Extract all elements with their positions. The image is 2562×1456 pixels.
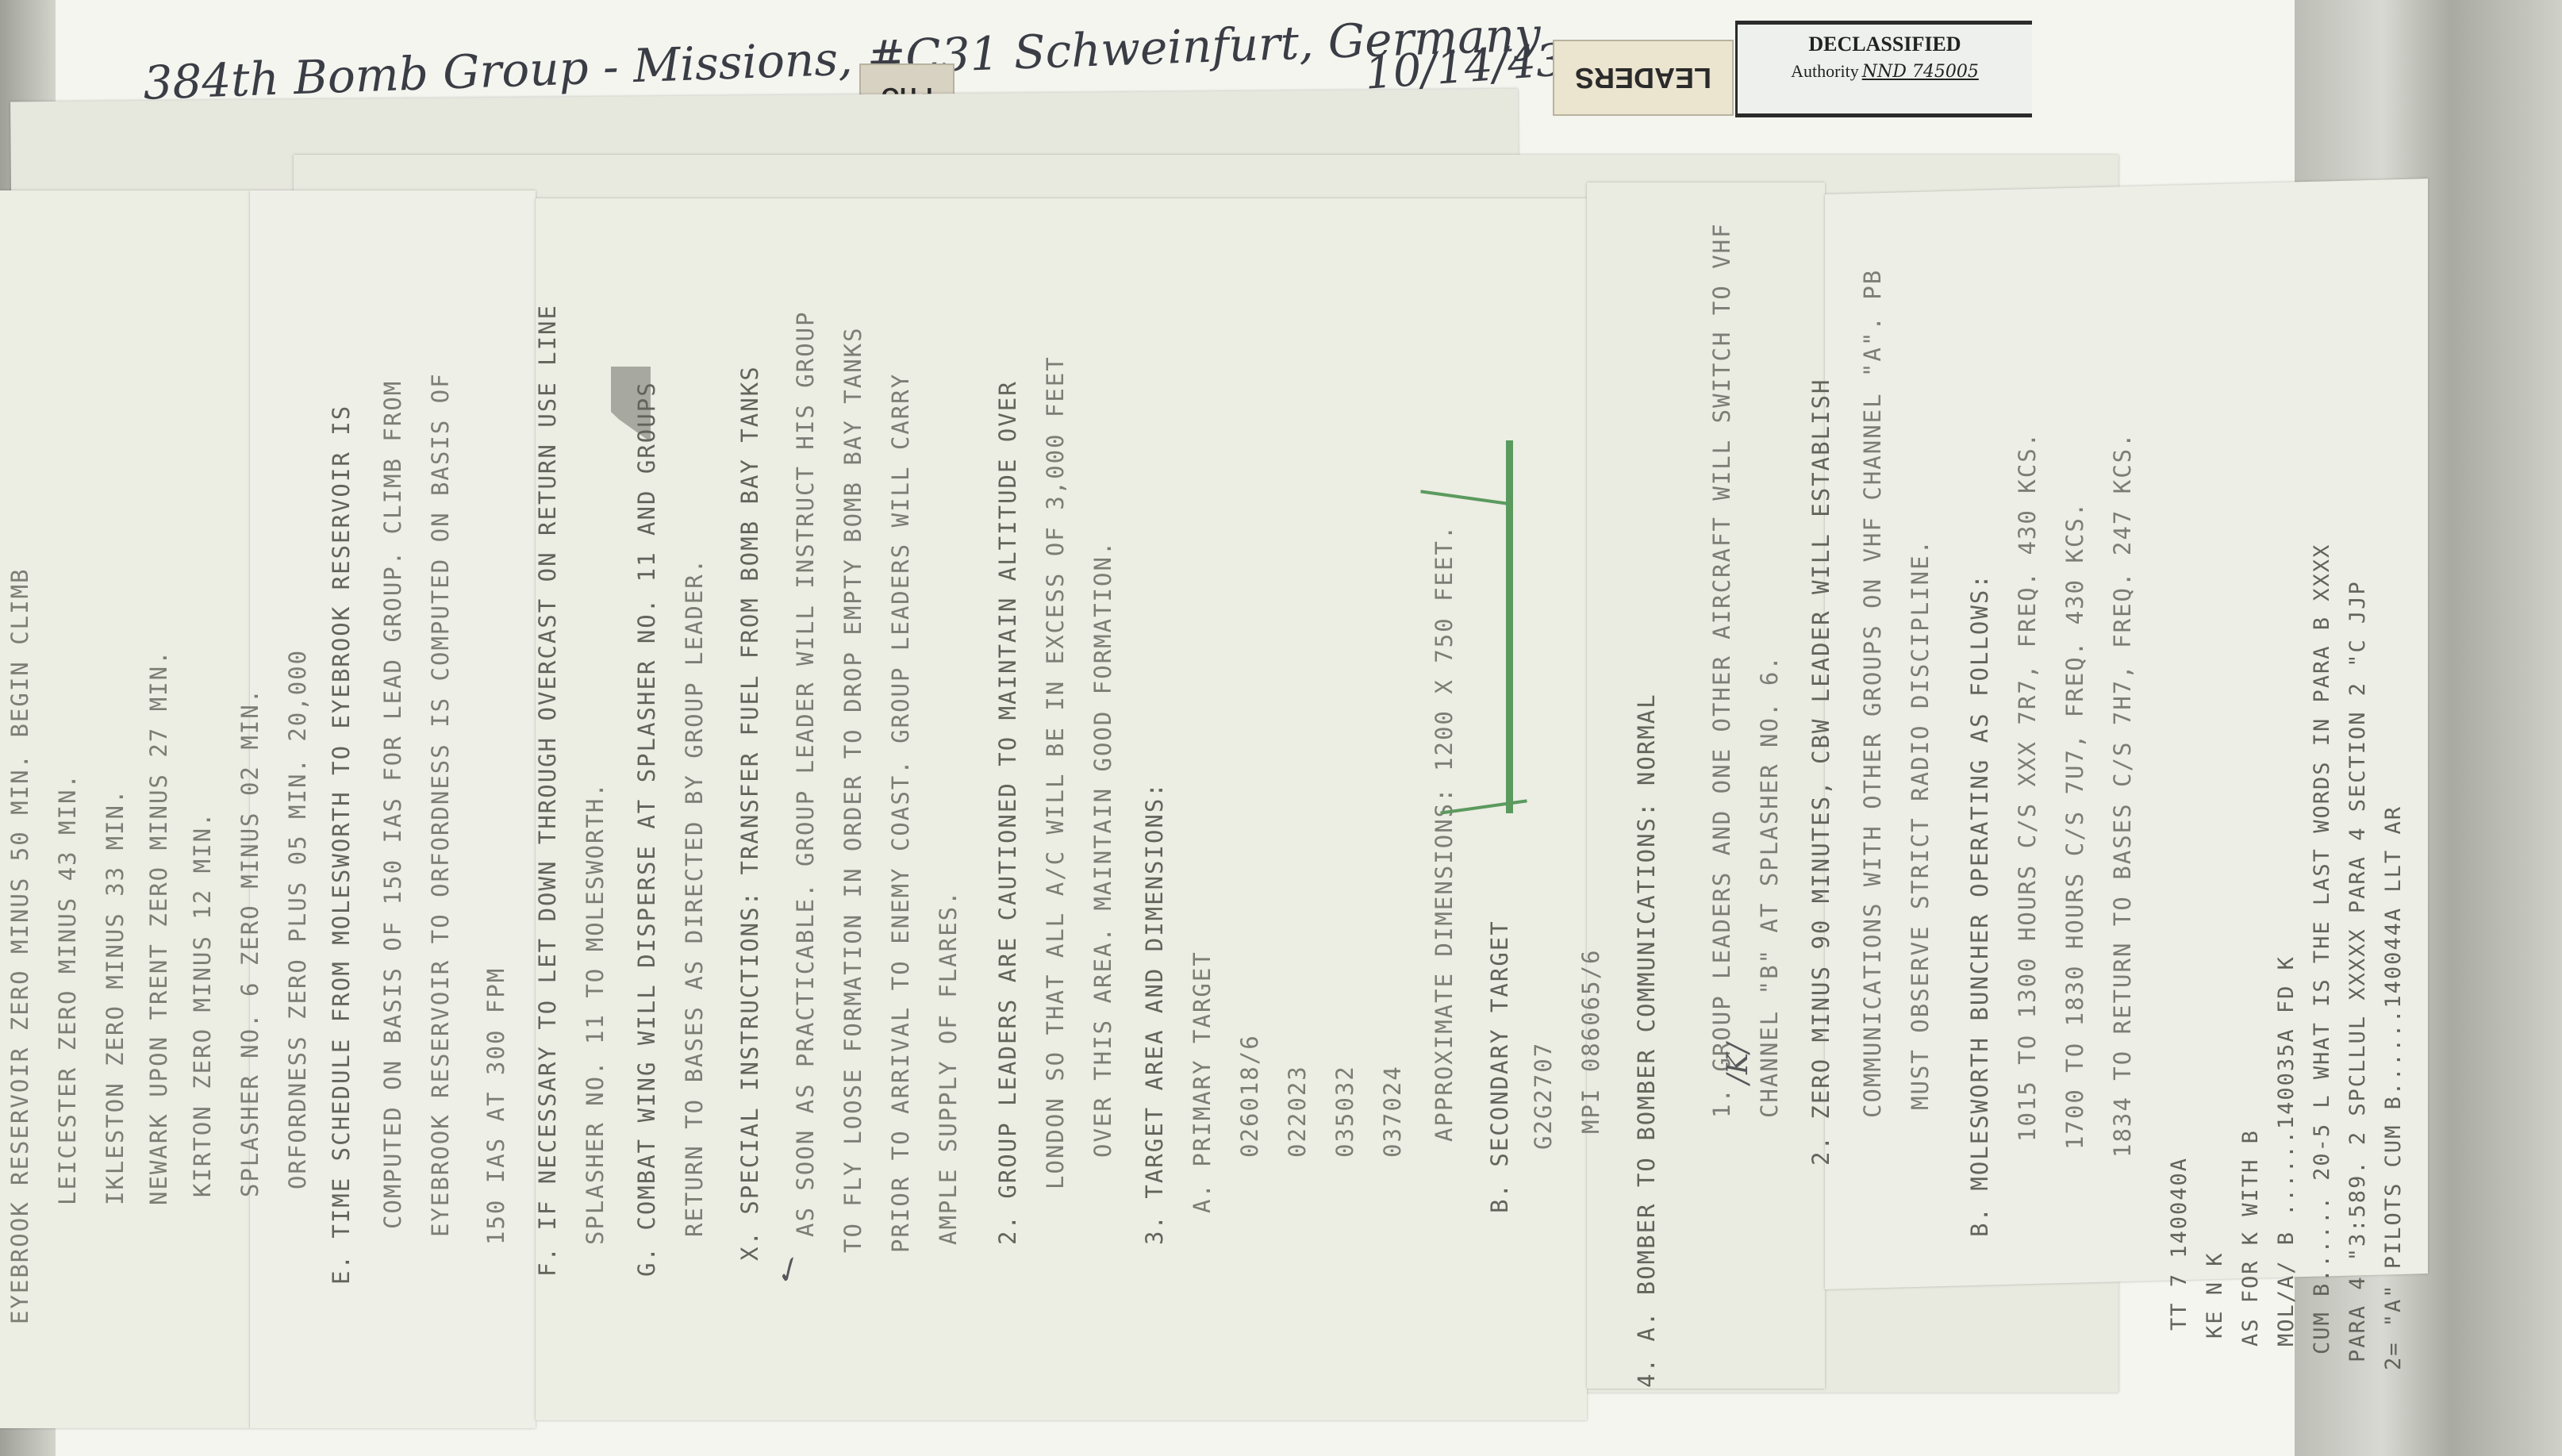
- doc-line: B. MOLESWORTH BUNCHER OPERATING AS FOLLO…: [1969, 573, 1992, 1237]
- declassified-stamp: DECLASSIFIED AuthorityNND 745005: [1735, 21, 2032, 117]
- doc-line: COMPUTED ON BASIS OF 150 IAS FOR LEAD GR…: [382, 380, 405, 1229]
- teletype-line: PARA 4 "3:589. 2 SPCLLUL XXXXX PARA 4 SE…: [2347, 580, 2368, 1362]
- doc-line: CHANNEL "B" AT SPLASHER NO. 6.: [1758, 655, 1781, 1118]
- doc-line: SPLASHER NO. 11 TO MOLESWORTH.: [584, 782, 607, 1245]
- teletype-line: AS FOR K WITH B: [2240, 1129, 2261, 1347]
- doc-line: 150 IAS AT 300 FPM: [485, 967, 508, 1245]
- doc-line: PRIOR TO ARRIVAL TO ENEMY COAST. GROUP L…: [889, 373, 912, 1253]
- green-pencil-bracket-bar: [1506, 440, 1513, 813]
- doc-line: 1015 TO 1300 HOURS C/S XXX 7R7, FREQ. 43…: [2016, 432, 2039, 1142]
- doc-line: MPI 086065/6: [1580, 948, 1603, 1134]
- doc-line: OVER THIS AREA. MAINTAIN GOOD FORMATION.: [1092, 540, 1115, 1158]
- doc-line: APPROXIMATE DIMENSIONS: 1200 X 750 FEET.: [1433, 524, 1456, 1142]
- doc-line: B. SECONDARY TARGET: [1488, 920, 1511, 1213]
- doc-line: 4. A. BOMBER TO BOMBER COMMUNICATIONS: N…: [1635, 693, 1658, 1388]
- doc-line: LEICESTER ZERO MINUS 43 MIN.: [56, 773, 79, 1205]
- doc-line: F. IF NECESSARY TO LET DOWN THROUGH OVER…: [536, 304, 559, 1277]
- doc-line: 2. ZERO MINUS 90 MINUTES, CBW LEADER WIL…: [1810, 378, 1833, 1166]
- stamp-title: DECLASSIFIED: [1738, 33, 2032, 56]
- doc-line: MUST OBSERVE STRICT RADIO DISCIPLINE.: [1909, 539, 1932, 1110]
- doc-line: 1700 TO 1830 HOURS C/S 7U7, FREQ. 430 KC…: [2064, 501, 2087, 1150]
- doc-line: SPLASHER NO. 6 ZERO MINUS 02 MIN.: [239, 688, 262, 1197]
- doc-line: X. SPECIAL INSTRUCTIONS: TRANSFER FUEL F…: [739, 365, 762, 1261]
- doc-line: IKLESTON ZERO MINUS 33 MIN.: [104, 789, 127, 1205]
- doc-line: 035032: [1334, 1065, 1357, 1158]
- stamp-authority: AuthorityNND 745005: [1738, 61, 2032, 82]
- doc-line: RETURN TO BASES AS DIRECTED BY GROUP LEA…: [683, 558, 706, 1237]
- doc-line: A. PRIMARY TARGET: [1191, 951, 1214, 1213]
- doc-line: 2. GROUP LEADERS ARE CAUTIONED TO MAINTA…: [997, 380, 1020, 1245]
- stamp-authority-label: Authority: [1791, 61, 1859, 81]
- doc-line: TO FLY LOOSE FORMATION IN ORDER TO DROP …: [842, 326, 865, 1253]
- doc-line: G. COMBAT WING WILL DISPERSE AT SPLASHER…: [636, 381, 659, 1277]
- teletype-line: CUM B...... 20-5 L WHAT IS THE LAST WORD…: [2311, 544, 2333, 1354]
- doc-line: 026018/6: [1239, 1034, 1262, 1158]
- doc-line: LONDON SO THAT ALL A/C WILL BE IN EXCESS…: [1044, 355, 1067, 1189]
- doc-line: AMPLE SUPPLY OF FLARES.: [937, 889, 960, 1245]
- doc-line: G2G2707: [1532, 1042, 1555, 1150]
- doc-line: EYEBROOK RESERVOIR ZERO MINUS 50 MIN. BE…: [9, 567, 32, 1324]
- teletype-line: KE N K: [2204, 1251, 2226, 1339]
- doc-line: 022023: [1286, 1065, 1309, 1158]
- doc-line: ORFORDNESS ZERO PLUS 05 MIN. 20,000: [286, 649, 309, 1189]
- doc-line: 1834 TO RETURN TO BASES C/S 7H7, FREQ. 2…: [2111, 432, 2134, 1158]
- teletype-line: TT 7 140040A: [2168, 1157, 2190, 1331]
- doc-line: 1. GROUP LEADERS AND ONE OTHER AIRCRAFT …: [1711, 222, 1734, 1118]
- doc-line: NEWARK UPON TRENT ZERO MINUS 27 MIN.: [148, 649, 171, 1205]
- doc-line: KIRTON ZERO MINUS 12 MIN.: [191, 812, 214, 1198]
- margin-annotation: /K/: [1722, 1043, 1754, 1084]
- doc-line: AS SOON AS PRACTICABLE. GROUP LEADER WIL…: [794, 310, 817, 1237]
- tab-leaders[interactable]: LEADERS: [1553, 40, 1734, 116]
- teletype-line: 2= "A" PILOTS CUM B......140044A LLT AR: [2383, 805, 2404, 1370]
- doc-line: COMMUNICATIONS WITH OTHER GROUPS ON VHF …: [1861, 269, 1884, 1118]
- doc-line: 037024: [1381, 1065, 1404, 1158]
- right-page: [1587, 182, 1825, 1389]
- doc-line: EYEBROOK RESERVOIR TO ORFORDNESS IS COMP…: [429, 372, 452, 1237]
- doc-line: 3. TARGET AREA AND DIMENSIONS:: [1143, 782, 1166, 1245]
- teletype-line: MOL/A/ B ......140035A FD K: [2276, 955, 2297, 1347]
- stamp-authority-value: NND 745005: [1862, 62, 1979, 82]
- doc-line: E. TIME SCHEDULE FROM MOLESWORTH TO EYEB…: [330, 405, 353, 1285]
